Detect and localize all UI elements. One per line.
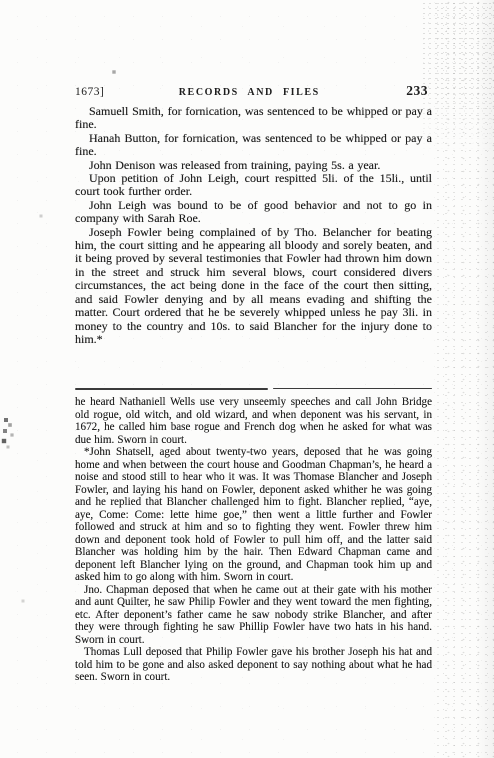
body-paragraph: Joseph Fowler being complained of by Tho…	[75, 226, 432, 347]
scan-noise-right-edge	[434, 0, 494, 758]
page-header: 1673] RECORDS AND FILES 233	[75, 83, 428, 99]
footnote-paragraph: he heard Nathaniell Wells use very unsee…	[75, 396, 432, 446]
scan-specks-left-margin	[0, 0, 2, 2]
scanned-book-page: 1673] RECORDS AND FILES 233 Samuell Smit…	[0, 0, 494, 758]
footnote-paragraph: *John Shatsell, aged about twenty-two ye…	[75, 446, 432, 584]
body-paragraph: John Leigh was bound to be of good behav…	[75, 199, 432, 226]
page-edge-shading	[476, 0, 494, 758]
footnote-block: he heard Nathaniell Wells use very unsee…	[75, 396, 432, 684]
year-marker: 1673]	[75, 86, 104, 98]
body-paragraph: Samuell Smith, for fornication, was sent…	[75, 105, 432, 132]
body-paragraph: Upon petition of John Leigh, court respi…	[75, 172, 432, 199]
rule-segment-left	[75, 388, 268, 390]
running-title: RECORDS AND FILES	[179, 87, 320, 98]
footnote-paragraph: Jno. Chapman deposed that when he came o…	[75, 584, 432, 647]
page-number: 233	[406, 83, 428, 99]
rule-segment-right	[273, 388, 432, 389]
main-text-block: Samuell Smith, for fornication, was sent…	[75, 105, 432, 346]
footnote-separator-rule	[75, 388, 432, 390]
body-paragraph: Hanah Button, for fornication, was sente…	[75, 132, 432, 159]
footnote-paragraph: Thomas Lull deposed that Philip Fowler g…	[75, 646, 432, 684]
body-paragraph: John Denison was released from training,…	[75, 159, 432, 172]
